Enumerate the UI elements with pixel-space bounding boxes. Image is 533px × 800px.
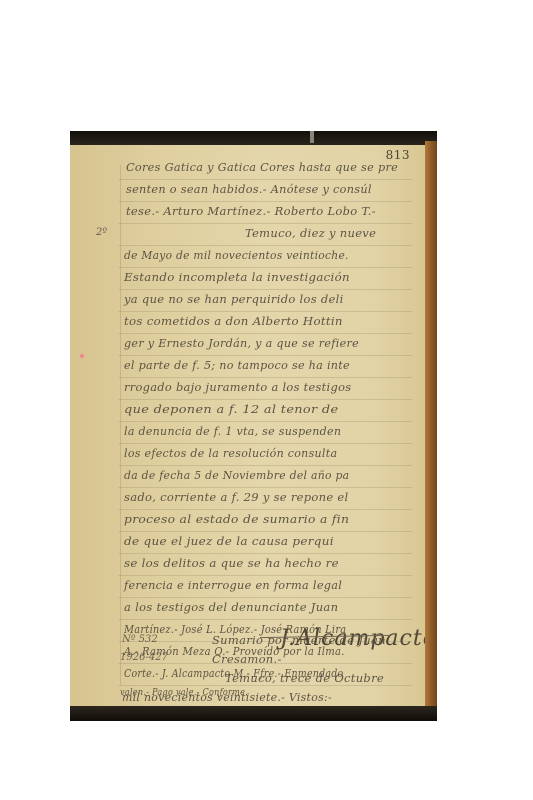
margin-rule xyxy=(120,165,121,685)
handwritten-line: se los delitos a que se ha hecho re xyxy=(124,556,339,570)
ruled-line xyxy=(118,421,412,422)
handwritten-line: los efectos de la resolución consulta xyxy=(124,446,337,460)
bottom-dark-band xyxy=(70,706,437,721)
handwritten-line: de que el juez de la causa perqui xyxy=(124,534,334,548)
ruled-line xyxy=(118,685,412,686)
ruled-line xyxy=(118,575,412,576)
handwritten-line: Temuco, trece de Octubre xyxy=(225,671,384,685)
ruled-line xyxy=(118,487,412,488)
ruled-line xyxy=(118,531,412,532)
margin-case-reference: 1926-427 xyxy=(120,652,168,663)
handwritten-line: que deponen a f. 12 al tenor de xyxy=(124,402,338,416)
ruled-line xyxy=(118,311,412,312)
top-dark-band xyxy=(70,131,437,145)
handwritten-line: rrogado bajo juramento a los testigos xyxy=(124,380,351,394)
page-stack-edge xyxy=(425,141,437,711)
binding-clip xyxy=(310,131,314,143)
ledger-page: 813 Cores Gatica y Gatica Cores hasta qu… xyxy=(70,145,426,706)
book-page-photo: 813 Cores Gatica y Gatica Cores hasta qu… xyxy=(70,131,437,721)
handwritten-line: tos cometidos a don Alberto Hottin xyxy=(124,314,343,328)
handwritten-line: Temuco, diez y nueve xyxy=(245,226,376,240)
handwritten-line: ya que no se han perquirido los deli xyxy=(124,292,344,306)
handwritten-line: mil novecientos veintisiete.- Vistos:- xyxy=(122,690,332,704)
handwritten-line: da de fecha 5 de Noviembre del año pa xyxy=(124,468,349,482)
ruled-line xyxy=(118,619,412,620)
ruled-line xyxy=(118,355,412,356)
margin-entry-label: 2º xyxy=(96,227,107,238)
ruled-line xyxy=(118,333,412,334)
margin-case-number: Nº 532 xyxy=(122,634,158,645)
handwritten-line: ger y Ernesto Jordán, y a que se refiere xyxy=(124,336,359,350)
ruled-line xyxy=(118,245,412,246)
handwritten-line: de Mayo de mil novecientos veintioche. xyxy=(124,248,349,262)
handwritten-line: senten o sean habidos.- Anótese y consúl xyxy=(126,182,372,196)
ruled-line xyxy=(118,223,412,224)
handwritten-line: tese.- Arturo Martínez.- Roberto Lobo T.… xyxy=(126,204,376,218)
ruled-line xyxy=(118,509,412,510)
ruled-line xyxy=(118,179,412,180)
handwritten-line: proceso al estado de sumario a fin xyxy=(124,512,349,526)
ruled-line xyxy=(118,377,412,378)
handwritten-line: Cresamon.- xyxy=(212,652,282,666)
ruled-line xyxy=(118,443,412,444)
ruled-line xyxy=(118,553,412,554)
handwritten-line: a los testigos del denunciante Juan xyxy=(124,600,338,614)
red-laser-dot xyxy=(80,354,84,358)
ruled-line xyxy=(118,597,412,598)
ruled-line xyxy=(118,399,412,400)
handwritten-line: el parte de f. 5; no tampoco se ha inte xyxy=(124,358,350,372)
ruled-line xyxy=(118,465,412,466)
ruled-line xyxy=(118,267,412,268)
handwritten-line: ferencia e interrogue en forma legal xyxy=(124,578,342,592)
handwritten-line: sado, corriente a f. 29 y se repone el xyxy=(124,490,349,504)
ruled-line xyxy=(118,201,412,202)
handwritten-line: Sumario por muerte de Juan xyxy=(212,633,386,647)
handwritten-line: Cores Gatica y Gatica Cores hasta que se… xyxy=(126,160,398,174)
handwritten-line: la denuncia de f. 1 vta, se suspenden xyxy=(124,424,341,438)
handwritten-line: Estando incompleta la investigación xyxy=(124,270,350,284)
ruled-line xyxy=(118,289,412,290)
